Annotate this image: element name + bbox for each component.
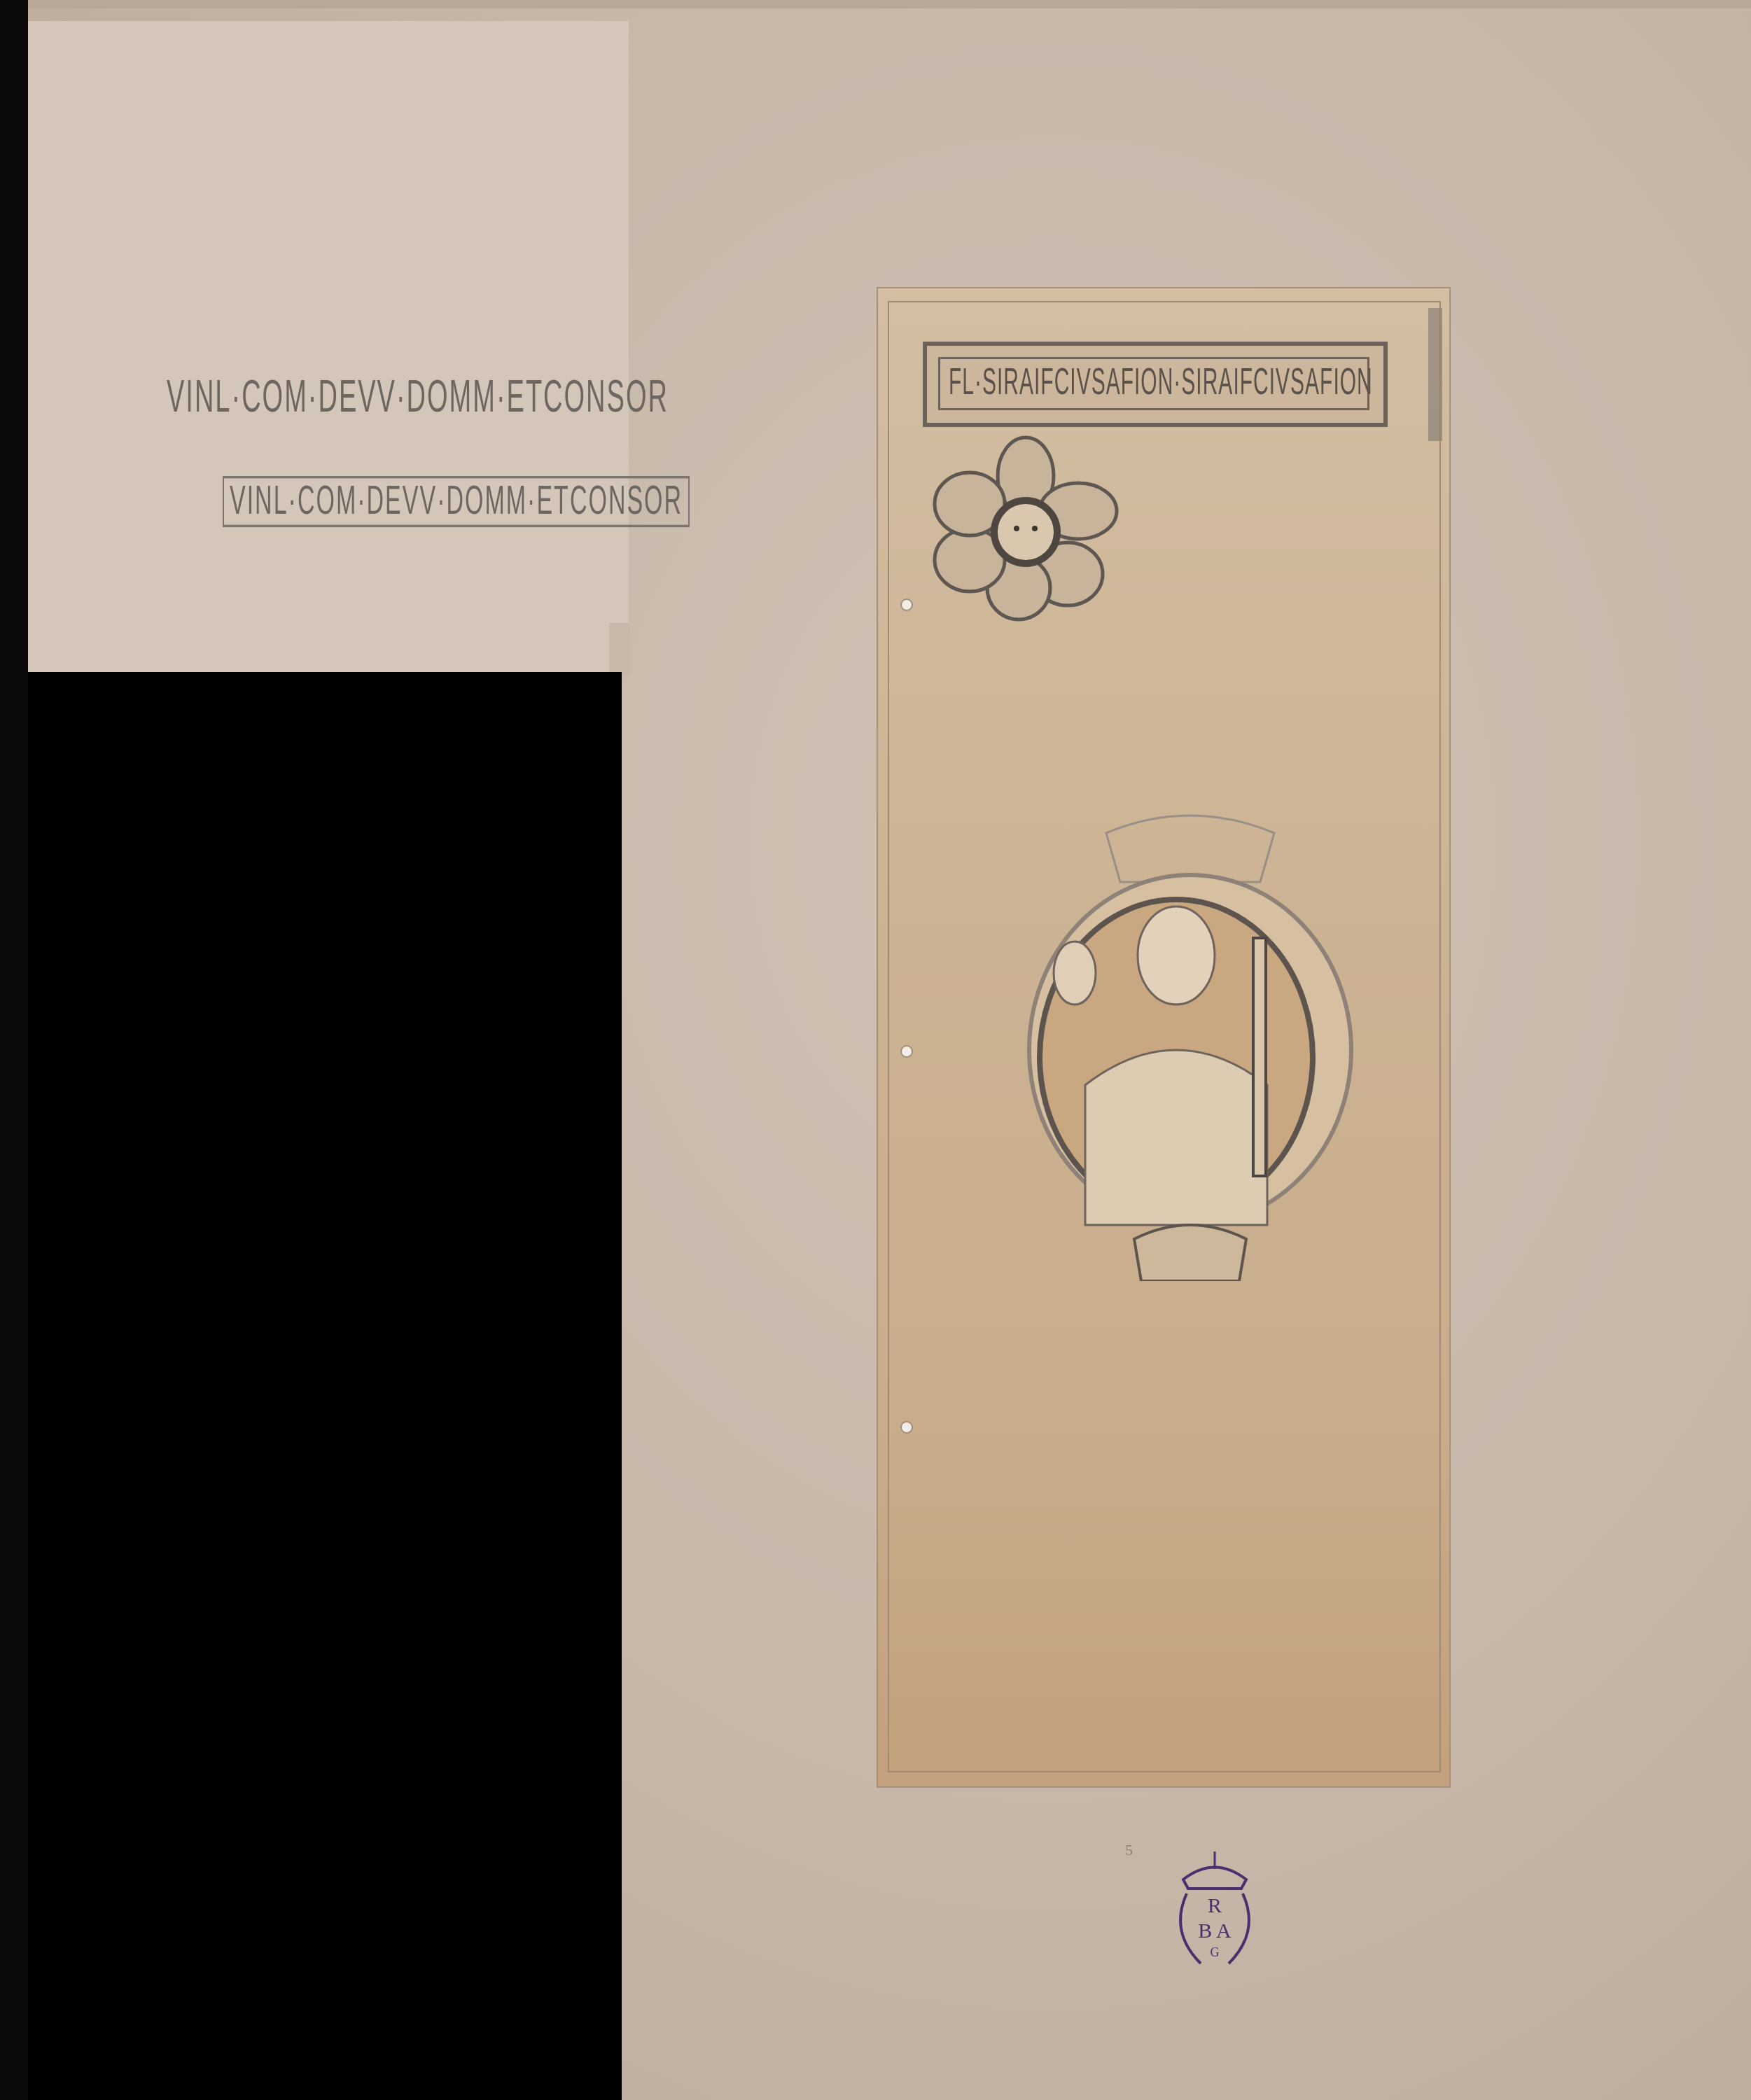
banner-post: [1428, 308, 1442, 441]
black-mask-region: [0, 672, 622, 2100]
inscription-sketch-2: VINL·COM·DEVV·DOMM·ETCONSOR: [223, 476, 690, 527]
pencil-number: 5: [1125, 1841, 1133, 1859]
pin-hole: [902, 600, 912, 610]
lion-rosette-icon: [931, 434, 1120, 623]
inscription-sketch-1: VINL·COM·DEVV·DOMM·ETCONSOR: [167, 372, 669, 423]
svg-text:B A: B A: [1198, 1919, 1232, 1942]
banner-inscription: FL·SIRAIFCIVSAFION·SIRAIFCIVSAFION: [949, 361, 1373, 404]
top-edge: [0, 0, 1751, 8]
panel-notch: [609, 623, 630, 675]
pin-hole: [902, 1046, 912, 1056]
rba-collection-stamp-icon: R B A G: [1166, 1848, 1264, 1974]
left-dark-border: [0, 0, 28, 2100]
consul-medallion-icon: [1008, 805, 1372, 1281]
svg-text:R: R: [1208, 1894, 1222, 1917]
svg-text:G: G: [1211, 1945, 1220, 1959]
pin-hole: [902, 1422, 912, 1432]
upper-inscription-panel: [27, 21, 629, 672]
